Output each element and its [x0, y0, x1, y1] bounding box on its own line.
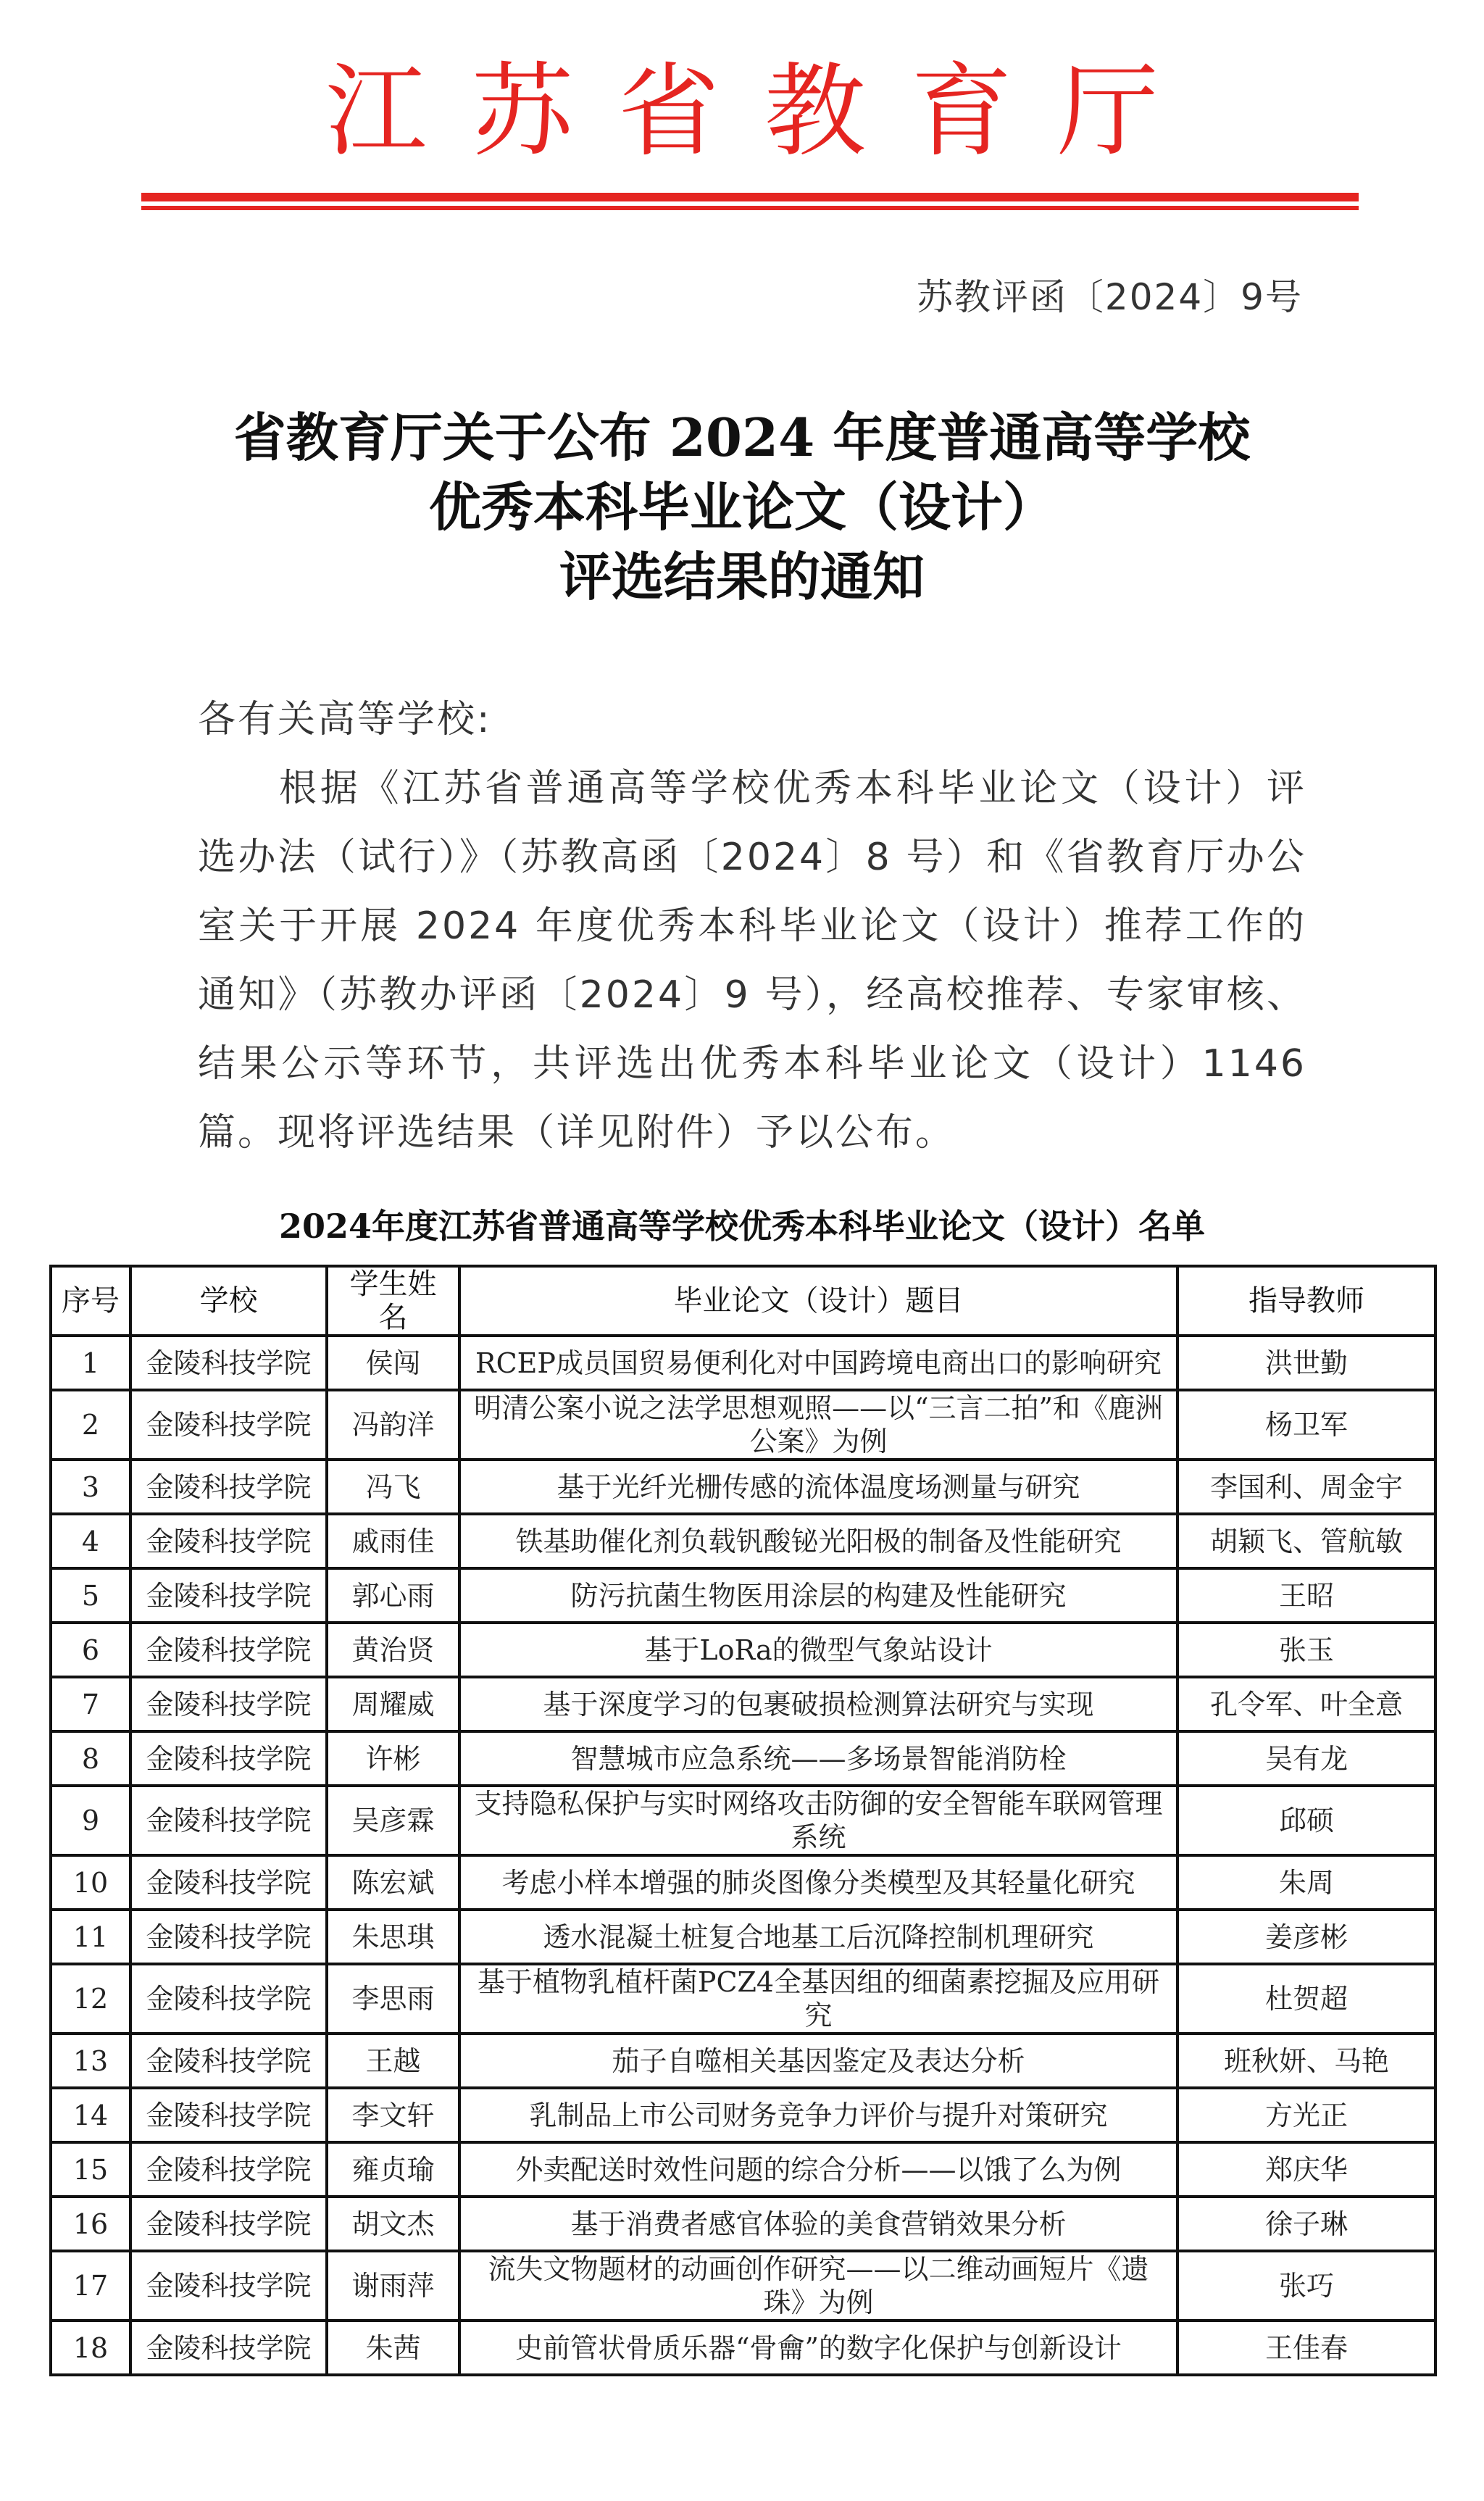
- cell-school: 金陵科技学院: [130, 2321, 327, 2375]
- cell-topic: 智慧城市应急系统——多场景智能消防栓: [459, 1731, 1177, 1786]
- cell-school: 金陵科技学院: [130, 1855, 327, 1910]
- cell-advisor: 杨卫军: [1177, 1390, 1435, 1460]
- cell-advisor: 张玉: [1177, 1623, 1435, 1677]
- notice-paragraph: 根据《江苏省普通高等学校优秀本科毕业论文（设计）评选办法（试行）》（苏教高函〔2…: [198, 754, 1306, 1168]
- cell-topic: 流失文物题材的动画创作研究——以二维动画短片《遗珠》为例: [459, 2251, 1177, 2321]
- cell-topic: 明清公案小说之法学思想观照——以“三言二拍”和《鹿洲公案》为例: [459, 1390, 1177, 1460]
- cell-school: 金陵科技学院: [130, 1623, 327, 1677]
- table-header-row: 序号 学校 学生姓名 毕业论文（设计）题目 指导教师: [51, 1266, 1435, 1336]
- cell-advisor: 孔令军、叶全意: [1177, 1677, 1435, 1731]
- cell-school: 金陵科技学院: [130, 1460, 327, 1514]
- table-row: 16金陵科技学院胡文杰基于消费者感官体验的美食营销效果分析徐子琳: [51, 2197, 1435, 2251]
- table-row: 7金陵科技学院周耀威基于深度学习的包裹破损检测算法研究与实现孔令军、叶全意: [51, 1677, 1435, 1731]
- header-student: 学生姓名: [327, 1266, 459, 1336]
- table-row: 9金陵科技学院吴彦霖支持隐私保护与实时网络攻击防御的安全智能车联网管理系统邱硕: [51, 1786, 1435, 1855]
- cell-advisor: 王佳春: [1177, 2321, 1435, 2375]
- notice-title-line: 省教育厅关于公布 2024 年度普通高等学校: [0, 403, 1484, 473]
- cell-no: 13: [51, 2034, 130, 2088]
- letterhead-rule-thick: [141, 193, 1359, 201]
- cell-school: 金陵科技学院: [130, 2034, 327, 2088]
- table-row: 15金陵科技学院雍贞瑜外卖配送时效性问题的综合分析——以饿了么为例郑庆华: [51, 2142, 1435, 2197]
- cell-student: 侯闯: [327, 1336, 459, 1390]
- cell-no: 5: [51, 1568, 130, 1623]
- cell-school: 金陵科技学院: [130, 1964, 327, 2034]
- cell-student: 陈宏斌: [327, 1855, 459, 1910]
- cell-topic: 考虑小样本增强的肺炎图像分类模型及其轻量化研究: [459, 1855, 1177, 1910]
- cell-advisor: 郑庆华: [1177, 2142, 1435, 2197]
- table-row: 2金陵科技学院冯韵洋明清公案小说之法学思想观照——以“三言二拍”和《鹿洲公案》为…: [51, 1390, 1435, 1460]
- cell-advisor: 李国利、周金宇: [1177, 1460, 1435, 1514]
- cell-topic: 铁基助催化剂负载钒酸铋光阳极的制备及性能研究: [459, 1514, 1177, 1568]
- cell-advisor: 张巧: [1177, 2251, 1435, 2321]
- notice-title: 省教育厅关于公布 2024 年度普通高等学校 优秀本科毕业论文（设计） 评选结果…: [0, 403, 1484, 612]
- cell-no: 17: [51, 2251, 130, 2321]
- cell-school: 金陵科技学院: [130, 2088, 327, 2142]
- cell-topic: 支持隐私保护与实时网络攻击防御的安全智能车联网管理系统: [459, 1786, 1177, 1855]
- cell-no: 4: [51, 1514, 130, 1568]
- notice-title-line: 评选结果的通知: [0, 542, 1484, 612]
- table-row: 8金陵科技学院许彬智慧城市应急系统——多场景智能消防栓吴有龙: [51, 1731, 1435, 1786]
- cell-topic: 乳制品上市公司财务竞争力评价与提升对策研究: [459, 2088, 1177, 2142]
- cell-student: 许彬: [327, 1731, 459, 1786]
- cell-school: 金陵科技学院: [130, 1390, 327, 1460]
- table-row: 17金陵科技学院谢雨萍流失文物题材的动画创作研究——以二维动画短片《遗珠》为例张…: [51, 2251, 1435, 2321]
- cell-school: 金陵科技学院: [130, 1786, 327, 1855]
- cell-student: 李思雨: [327, 1964, 459, 2034]
- header-topic: 毕业论文（设计）题目: [459, 1266, 1177, 1336]
- cell-school: 金陵科技学院: [130, 1910, 327, 1964]
- cell-topic: 防污抗菌生物医用涂层的构建及性能研究: [459, 1568, 1177, 1623]
- cell-no: 10: [51, 1855, 130, 1910]
- cell-no: 12: [51, 1964, 130, 2034]
- cell-topic: 基于深度学习的包裹破损检测算法研究与实现: [459, 1677, 1177, 1731]
- cell-student: 周耀威: [327, 1677, 459, 1731]
- cell-topic: 茄子自噬相关基因鉴定及表达分析: [459, 2034, 1177, 2088]
- cell-student: 雍贞瑜: [327, 2142, 459, 2197]
- salutation: 各有关高等学校:: [198, 686, 1306, 754]
- cell-school: 金陵科技学院: [130, 1514, 327, 1568]
- table-row: 18金陵科技学院朱茜史前管状骨质乐器“骨龠”的数字化保护与创新设计王佳春: [51, 2321, 1435, 2375]
- cell-no: 3: [51, 1460, 130, 1514]
- table-row: 5金陵科技学院郭心雨防污抗菌生物医用涂层的构建及性能研究王昭: [51, 1568, 1435, 1623]
- cell-student: 胡文杰: [327, 2197, 459, 2251]
- letterhead-rule-thin: [141, 206, 1359, 210]
- table-row: 6金陵科技学院黄治贤基于LoRa的微型气象站设计张玉: [51, 1623, 1435, 1677]
- cell-student: 李文轩: [327, 2088, 459, 2142]
- cell-advisor: 朱周: [1177, 1855, 1435, 1910]
- cell-no: 2: [51, 1390, 130, 1460]
- table-row: 3金陵科技学院冯飞基于光纤光栅传感的流体温度场测量与研究李国利、周金宇: [51, 1460, 1435, 1514]
- cell-topic: 基于消费者感官体验的美食营销效果分析: [459, 2197, 1177, 2251]
- cell-student: 吴彦霖: [327, 1786, 459, 1855]
- header-school: 学校: [130, 1266, 327, 1336]
- cell-topic: 外卖配送时效性问题的综合分析——以饿了么为例: [459, 2142, 1177, 2197]
- cell-advisor: 洪世勤: [1177, 1336, 1435, 1390]
- cell-advisor: 徐子琳: [1177, 2197, 1435, 2251]
- cell-topic: 透水混凝土桩复合地基工后沉降控制机理研究: [459, 1910, 1177, 1964]
- list-title: 2024年度江苏省普通高等学校优秀本科毕业论文（设计）名单: [0, 1204, 1484, 1248]
- cell-student: 郭心雨: [327, 1568, 459, 1623]
- table-row: 4金陵科技学院戚雨佳铁基助催化剂负载钒酸铋光阳极的制备及性能研究胡颖飞、管航敏: [51, 1514, 1435, 1568]
- table-row: 1金陵科技学院侯闯RCEP成员国贸易便利化对中国跨境电商出口的影响研究洪世勤: [51, 1336, 1435, 1390]
- cell-school: 金陵科技学院: [130, 1336, 327, 1390]
- award-list-table: 序号 学校 学生姓名 毕业论文（设计）题目 指导教师 1金陵科技学院侯闯RCEP…: [49, 1265, 1437, 2376]
- cell-advisor: 邱硕: [1177, 1786, 1435, 1855]
- cell-school: 金陵科技学院: [130, 2251, 327, 2321]
- cell-no: 9: [51, 1786, 130, 1855]
- cell-student: 黄治贤: [327, 1623, 459, 1677]
- notice-title-line: 优秀本科毕业论文（设计）: [0, 473, 1484, 542]
- cell-no: 11: [51, 1910, 130, 1964]
- cell-no: 15: [51, 2142, 130, 2197]
- cell-advisor: 吴有龙: [1177, 1731, 1435, 1786]
- cell-topic: 基于光纤光栅传感的流体温度场测量与研究: [459, 1460, 1177, 1514]
- document-number: 苏教评函〔2024〕9号: [917, 274, 1303, 320]
- header-advisor: 指导教师: [1177, 1266, 1435, 1336]
- cell-no: 18: [51, 2321, 130, 2375]
- cell-no: 16: [51, 2197, 130, 2251]
- cell-topic: 基于植物乳植杆菌PCZ4全基因组的细菌素挖掘及应用研究: [459, 1964, 1177, 2034]
- cell-school: 金陵科技学院: [130, 2197, 327, 2251]
- cell-no: 8: [51, 1731, 130, 1786]
- cell-topic: RCEP成员国贸易便利化对中国跨境电商出口的影响研究: [459, 1336, 1177, 1390]
- header-no: 序号: [51, 1266, 130, 1336]
- cell-school: 金陵科技学院: [130, 1568, 327, 1623]
- cell-school: 金陵科技学院: [130, 2142, 327, 2197]
- cell-advisor: 胡颖飞、管航敏: [1177, 1514, 1435, 1568]
- cell-topic: 史前管状骨质乐器“骨龠”的数字化保护与创新设计: [459, 2321, 1177, 2375]
- cell-advisor: 杜贺超: [1177, 1964, 1435, 2034]
- cell-advisor: 姜彦彬: [1177, 1910, 1435, 1964]
- cell-no: 6: [51, 1623, 130, 1677]
- cell-advisor: 班秋妍、马艳: [1177, 2034, 1435, 2088]
- table-row: 10金陵科技学院陈宏斌考虑小样本增强的肺炎图像分类模型及其轻量化研究朱周: [51, 1855, 1435, 1910]
- cell-student: 冯韵洋: [327, 1390, 459, 1460]
- cell-student: 戚雨佳: [327, 1514, 459, 1568]
- cell-advisor: 王昭: [1177, 1568, 1435, 1623]
- letterhead-organization: 江苏省教育厅: [0, 58, 1484, 167]
- cell-student: 王越: [327, 2034, 459, 2088]
- cell-no: 1: [51, 1336, 130, 1390]
- table-row: 12金陵科技学院李思雨基于植物乳植杆菌PCZ4全基因组的细菌素挖掘及应用研究杜贺…: [51, 1964, 1435, 2034]
- cell-student: 朱茜: [327, 2321, 459, 2375]
- cell-student: 谢雨萍: [327, 2251, 459, 2321]
- cell-no: 7: [51, 1677, 130, 1731]
- cell-school: 金陵科技学院: [130, 1677, 327, 1731]
- cell-advisor: 方光正: [1177, 2088, 1435, 2142]
- cell-topic: 基于LoRa的微型气象站设计: [459, 1623, 1177, 1677]
- cell-student: 冯飞: [327, 1460, 459, 1514]
- cell-student: 朱思琪: [327, 1910, 459, 1964]
- cell-school: 金陵科技学院: [130, 1731, 327, 1786]
- table-row: 13金陵科技学院王越茄子自噬相关基因鉴定及表达分析班秋妍、马艳: [51, 2034, 1435, 2088]
- cell-no: 14: [51, 2088, 130, 2142]
- notice-body: 各有关高等学校: 根据《江苏省普通高等学校优秀本科毕业论文（设计）评选办法（试行…: [198, 686, 1306, 1168]
- table-row: 14金陵科技学院李文轩乳制品上市公司财务竞争力评价与提升对策研究方光正: [51, 2088, 1435, 2142]
- table-row: 11金陵科技学院朱思琪透水混凝土桩复合地基工后沉降控制机理研究姜彦彬: [51, 1910, 1435, 1964]
